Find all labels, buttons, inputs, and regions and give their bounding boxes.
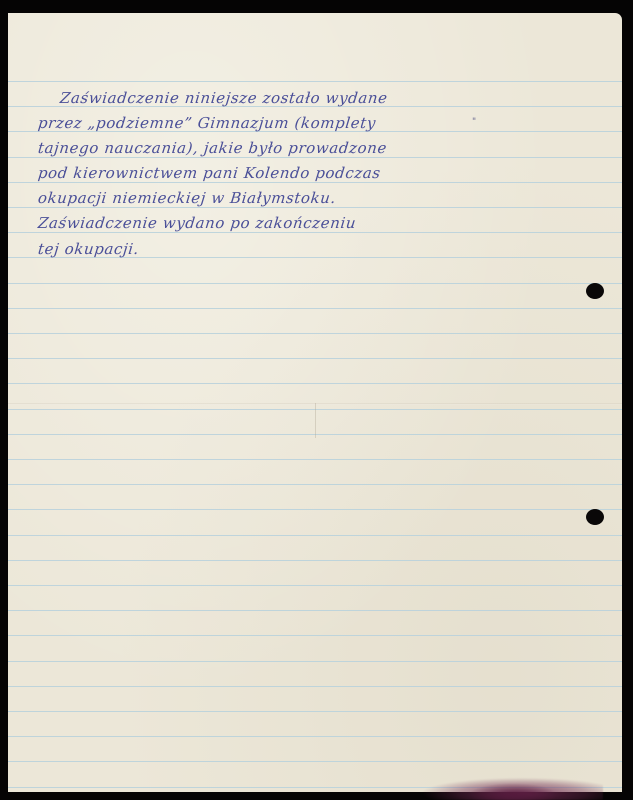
paper-sheet: Zaświadczenie niniejsze zostało wydane p… bbox=[8, 13, 622, 792]
handwritten-text: Zaświadczenie niniejsze zostało wydane p… bbox=[8, 13, 622, 792]
text-line-6: Zaświadczenie wydano po zakończeniu bbox=[37, 214, 357, 232]
punch-hole-upper bbox=[586, 283, 604, 299]
stray-ink-mark: " bbox=[472, 117, 476, 127]
text-line-3: tajnego nauczania), jakie było prowadzon… bbox=[37, 139, 388, 157]
ink-stain-core bbox=[468, 783, 558, 800]
text-line-5: okupacji niemieckiej w Białymstoku. bbox=[37, 189, 337, 207]
text-line-4: pod kierownictwem pani Kolendo podczas bbox=[37, 164, 382, 182]
text-line-1: Zaświadczenie niniejsze zostało wydane bbox=[59, 89, 389, 107]
text-line-7: tej okupacji. bbox=[37, 240, 140, 258]
punch-hole-lower bbox=[586, 509, 604, 525]
text-line-2: przez „podziemne” Gimnazjum (komplety bbox=[37, 114, 377, 132]
